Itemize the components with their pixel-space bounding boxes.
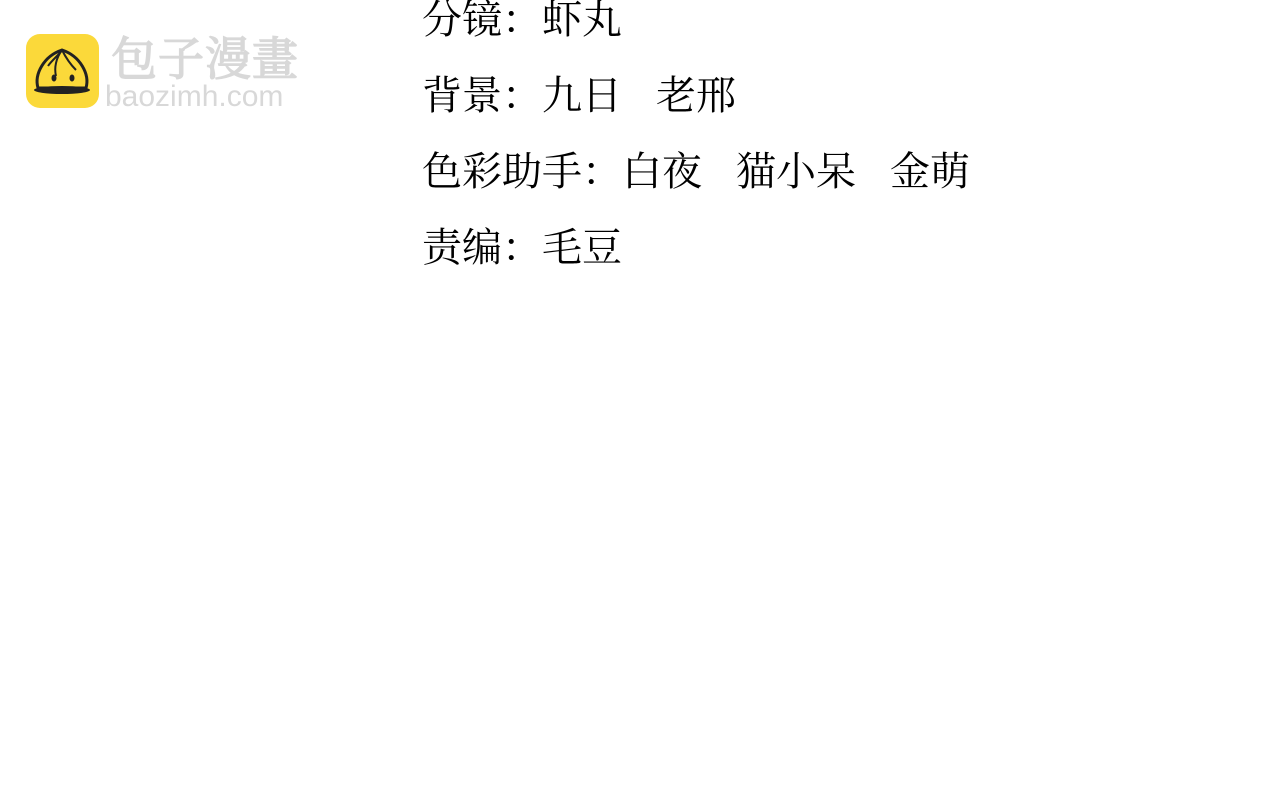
credits-list: 分镜：虾丸 背景：九日老邢 色彩助手：白夜猫小呆金萌 责编：毛豆 xyxy=(422,0,1004,286)
credit-name: 猫小呆 xyxy=(736,149,856,195)
steamed-bun-logo-icon xyxy=(26,34,99,108)
site-watermark: 包子漫畫 baozimh.com xyxy=(26,34,326,114)
credit-role: 分镜： xyxy=(422,0,542,43)
credit-name: 金萌 xyxy=(890,149,970,195)
credit-role: 色彩助手： xyxy=(422,149,622,195)
credit-name: 老邢 xyxy=(656,73,736,119)
credit-name: 毛豆 xyxy=(542,225,622,271)
credit-name: 白夜 xyxy=(622,149,702,195)
credit-role: 责编： xyxy=(422,225,542,271)
site-name-cn: 包子漫畫 xyxy=(111,32,299,86)
credit-role: 背景： xyxy=(422,73,542,119)
credit-name: 九日 xyxy=(542,73,622,119)
site-domain: baozimh.com xyxy=(105,80,283,114)
credit-name: 虾丸 xyxy=(542,0,622,43)
credit-editor: 责编：毛豆 xyxy=(422,210,1004,286)
credit-storyboard: 分镜：虾丸 xyxy=(422,0,1004,58)
credit-color-assistant: 色彩助手：白夜猫小呆金萌 xyxy=(422,134,1004,210)
credit-background: 背景：九日老邢 xyxy=(422,58,1004,134)
